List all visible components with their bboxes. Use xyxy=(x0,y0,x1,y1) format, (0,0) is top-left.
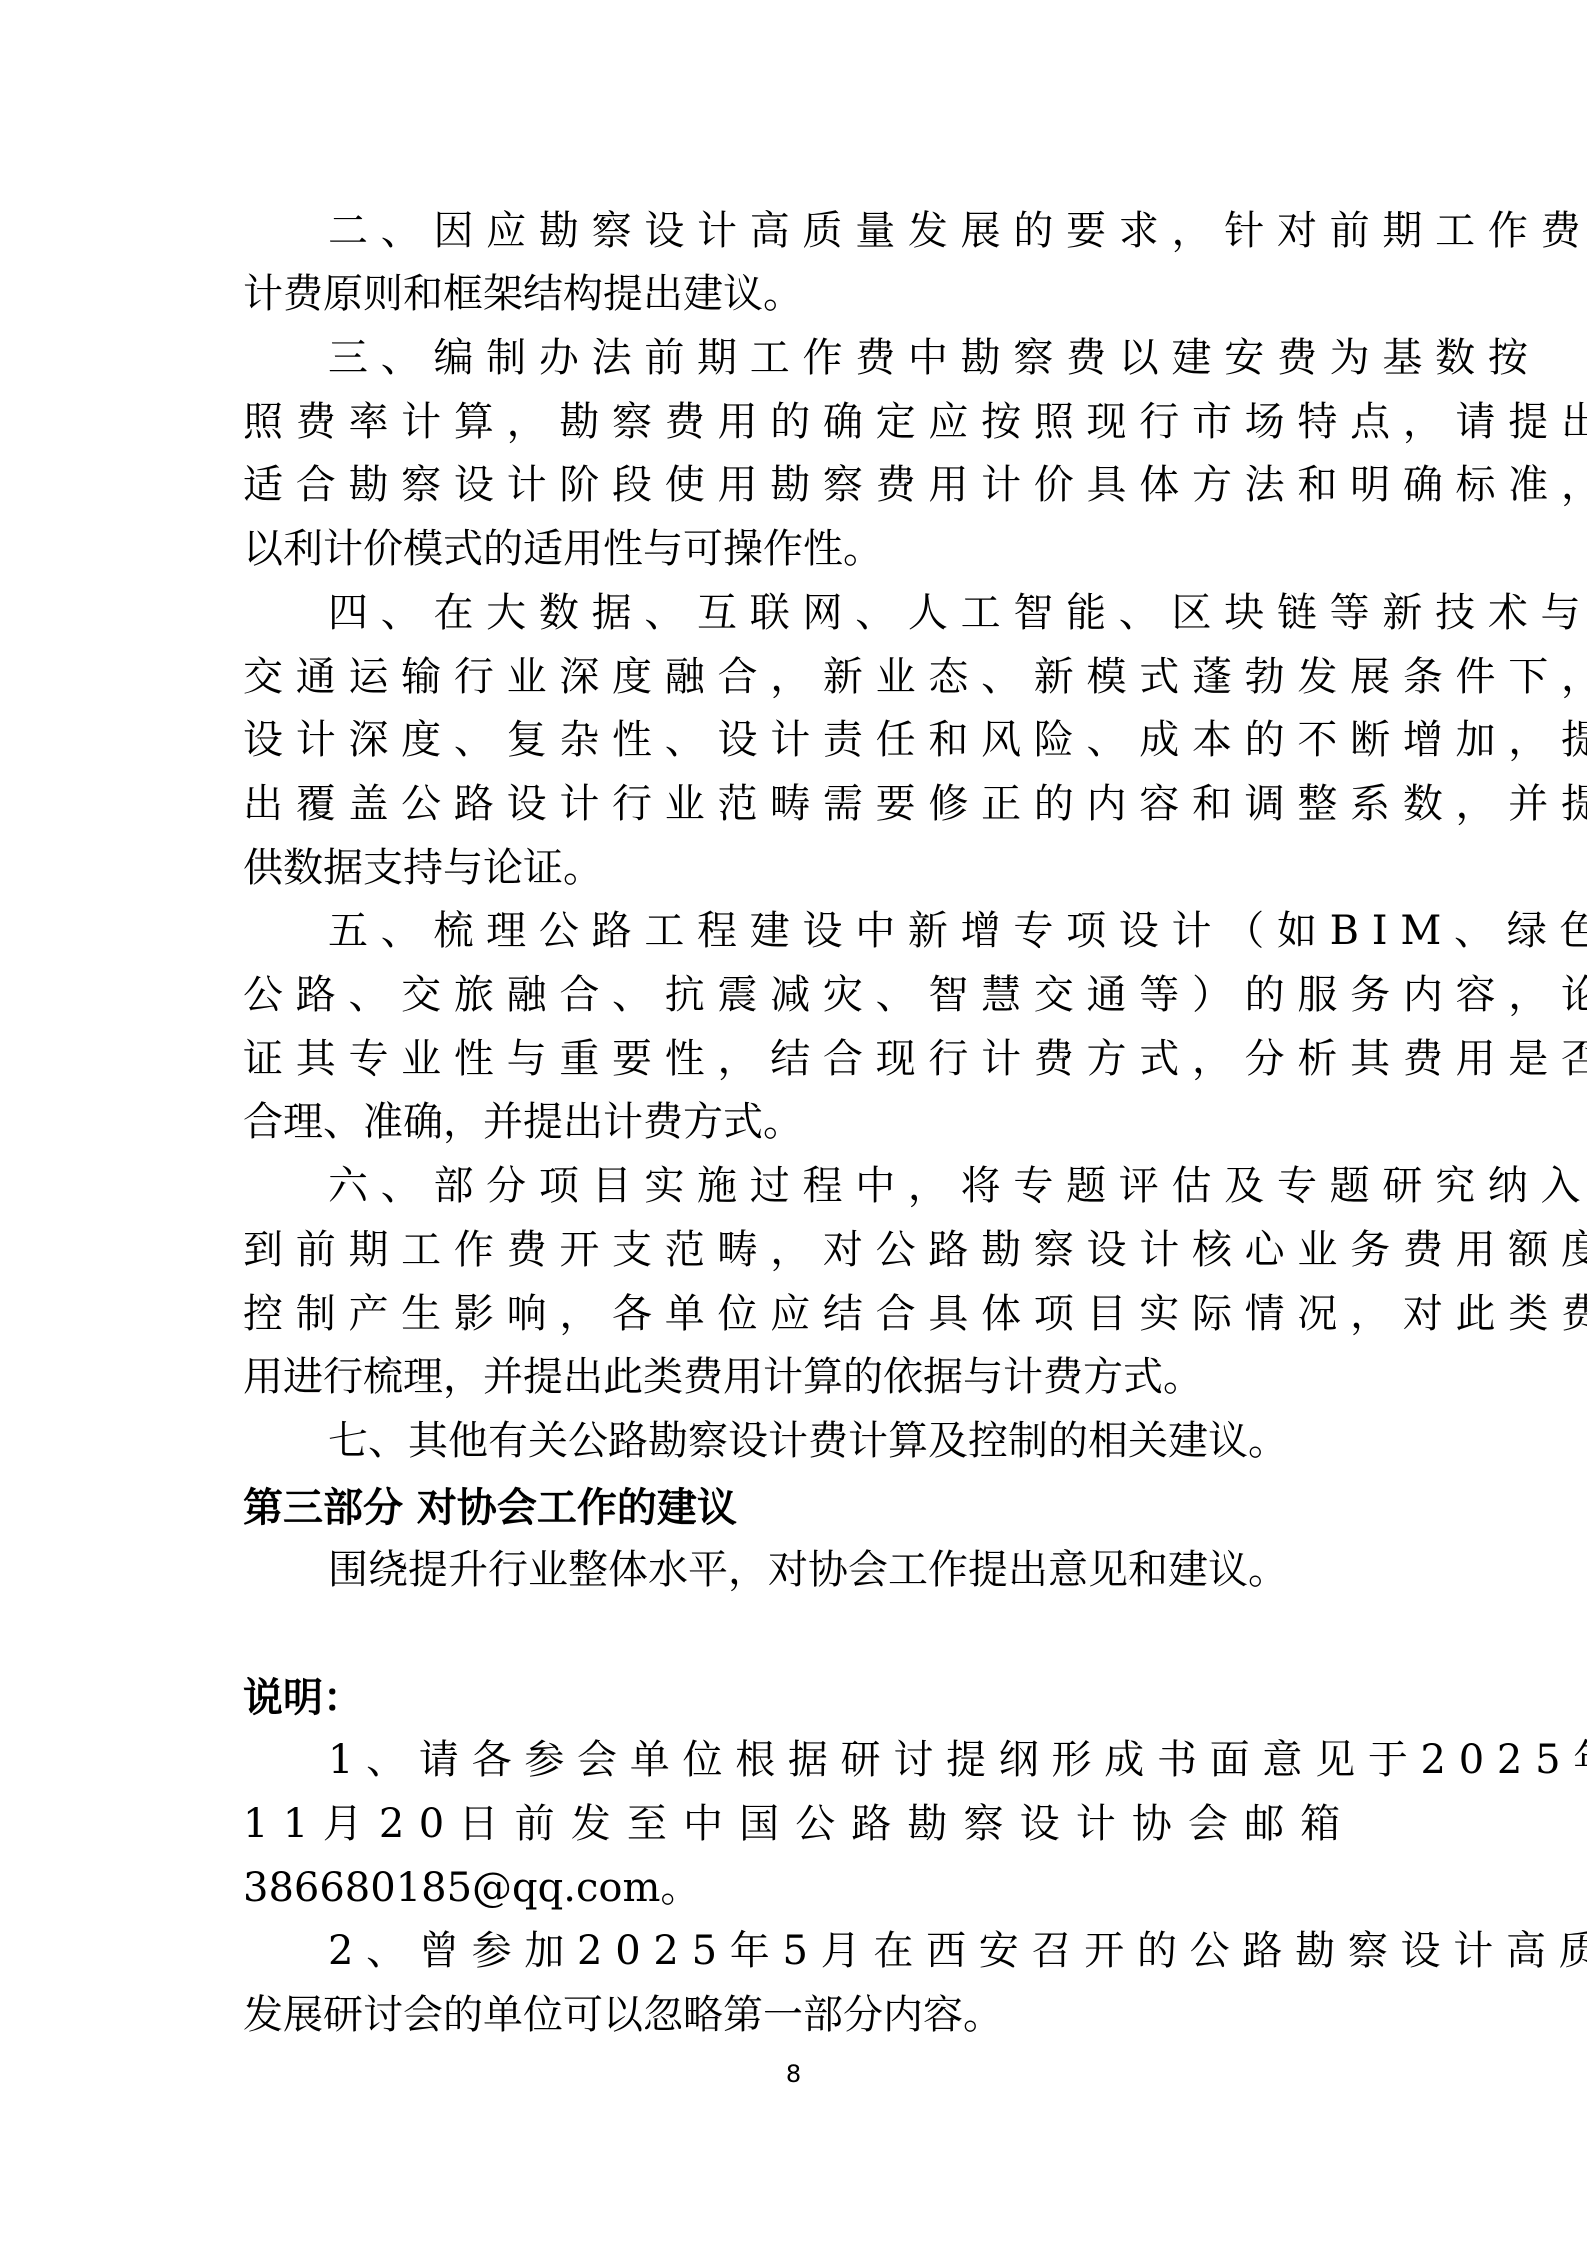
part3-body: 围绕提升行业整体水平，对协会工作提出意见和建议。 xyxy=(328,1546,1340,1594)
item-4-line-3: 设 计 深 度 、 复 杂 性 、 设 计 责 任 和 风 险 、 成 本 的 … xyxy=(243,716,1340,764)
note-2-line-2: 发展研讨会的单位可以忽略第一部分内容。 xyxy=(243,1991,1340,2039)
item-4-line-5: 供数据支持与论证。 xyxy=(243,844,1340,892)
note-2-line-1: 2 、 曾 参 加 2 0 2 5 年 5 月 在 西 安 召 开 的 公 路 … xyxy=(328,1927,1340,1975)
document-page: 二 、 因 应 勘 察 设 计 高 质 量 发 展 的 要 求 ， 针 对 前 … xyxy=(0,0,1587,2245)
item-5-line-4: 合理、准确，并提出计费方式。 xyxy=(243,1098,1340,1146)
item-3-line-2: 照 费 率 计 算 ， 勘 察 费 用 的 确 定 应 按 照 现 行 市 场 … xyxy=(243,398,1340,446)
note-1-email: 386680185@qq.com。 xyxy=(243,1864,1340,1912)
page-number: 8 xyxy=(0,2060,1587,2088)
item-6-line-4: 用进行梳理，并提出此类费用计算的依据与计费方式。 xyxy=(243,1353,1340,1401)
item-6-line-2: 到 前 期 工 作 费 开 支 范 畴 ， 对 公 路 勘 察 设 计 核 心 … xyxy=(243,1226,1340,1274)
item-5-line-3: 证 其 专 业 性 与 重 要 性 ， 结 合 现 行 计 费 方 式 ， 分 … xyxy=(243,1035,1340,1083)
notes-heading: 说明： xyxy=(243,1674,363,1722)
item-3-line-4: 以利计价模式的适用性与可操作性。 xyxy=(243,525,1340,573)
item-6-line-1: 六 、 部 分 项 目 实 施 过 程 中 ， 将 专 题 评 估 及 专 题 … xyxy=(328,1162,1340,1210)
item-2-line-2: 计费原则和框架结构提出建议。 xyxy=(243,270,1340,318)
part3-heading: 第三部分 对协会工作的建议 xyxy=(243,1484,737,1532)
note-1-line-2: 1 1 月 2 0 日 前 发 至 中 国 公 路 勘 察 设 计 协 会 邮 … xyxy=(243,1800,1340,1848)
item-4-line-2: 交 通 运 输 行 业 深 度 融 合 ， 新 业 态 、 新 模 式 蓬 勃 … xyxy=(243,653,1340,701)
item-4-line-4: 出 覆 盖 公 路 设 计 行 业 范 畴 需 要 修 正 的 内 容 和 调 … xyxy=(243,780,1340,828)
item-6-line-3: 控 制 产 生 影 响 ， 各 单 位 应 结 合 具 体 项 目 实 际 情 … xyxy=(243,1290,1340,1338)
item-3-line-1: 三 、 编 制 办 法 前 期 工 作 费 中 勘 察 费 以 建 安 费 为 … xyxy=(328,334,1340,382)
note-1-line-1: 1 、 请 各 参 会 单 位 根 据 研 讨 提 纲 形 成 书 面 意 见 … xyxy=(328,1736,1340,1784)
item-5-line-1: 五 、 梳 理 公 路 工 程 建 设 中 新 增 专 项 设 计 （ 如 B … xyxy=(328,907,1340,955)
item-2-line-1: 二 、 因 应 勘 察 设 计 高 质 量 发 展 的 要 求 ， 针 对 前 … xyxy=(328,207,1340,255)
item-3-line-3: 适 合 勘 察 设 计 阶 段 使 用 勘 察 费 用 计 价 具 体 方 法 … xyxy=(243,461,1340,509)
item-4-line-1: 四 、 在 大 数 据 、 互 联 网 、 人 工 智 能 、 区 块 链 等 … xyxy=(328,589,1340,637)
item-7-line-1: 七、其他有关公路勘察设计费计算及控制的相关建议。 xyxy=(328,1417,1340,1465)
item-5-line-2: 公 路 、 交 旅 融 合 、 抗 震 减 灾 、 智 慧 交 通 等 ） 的 … xyxy=(243,971,1340,1019)
